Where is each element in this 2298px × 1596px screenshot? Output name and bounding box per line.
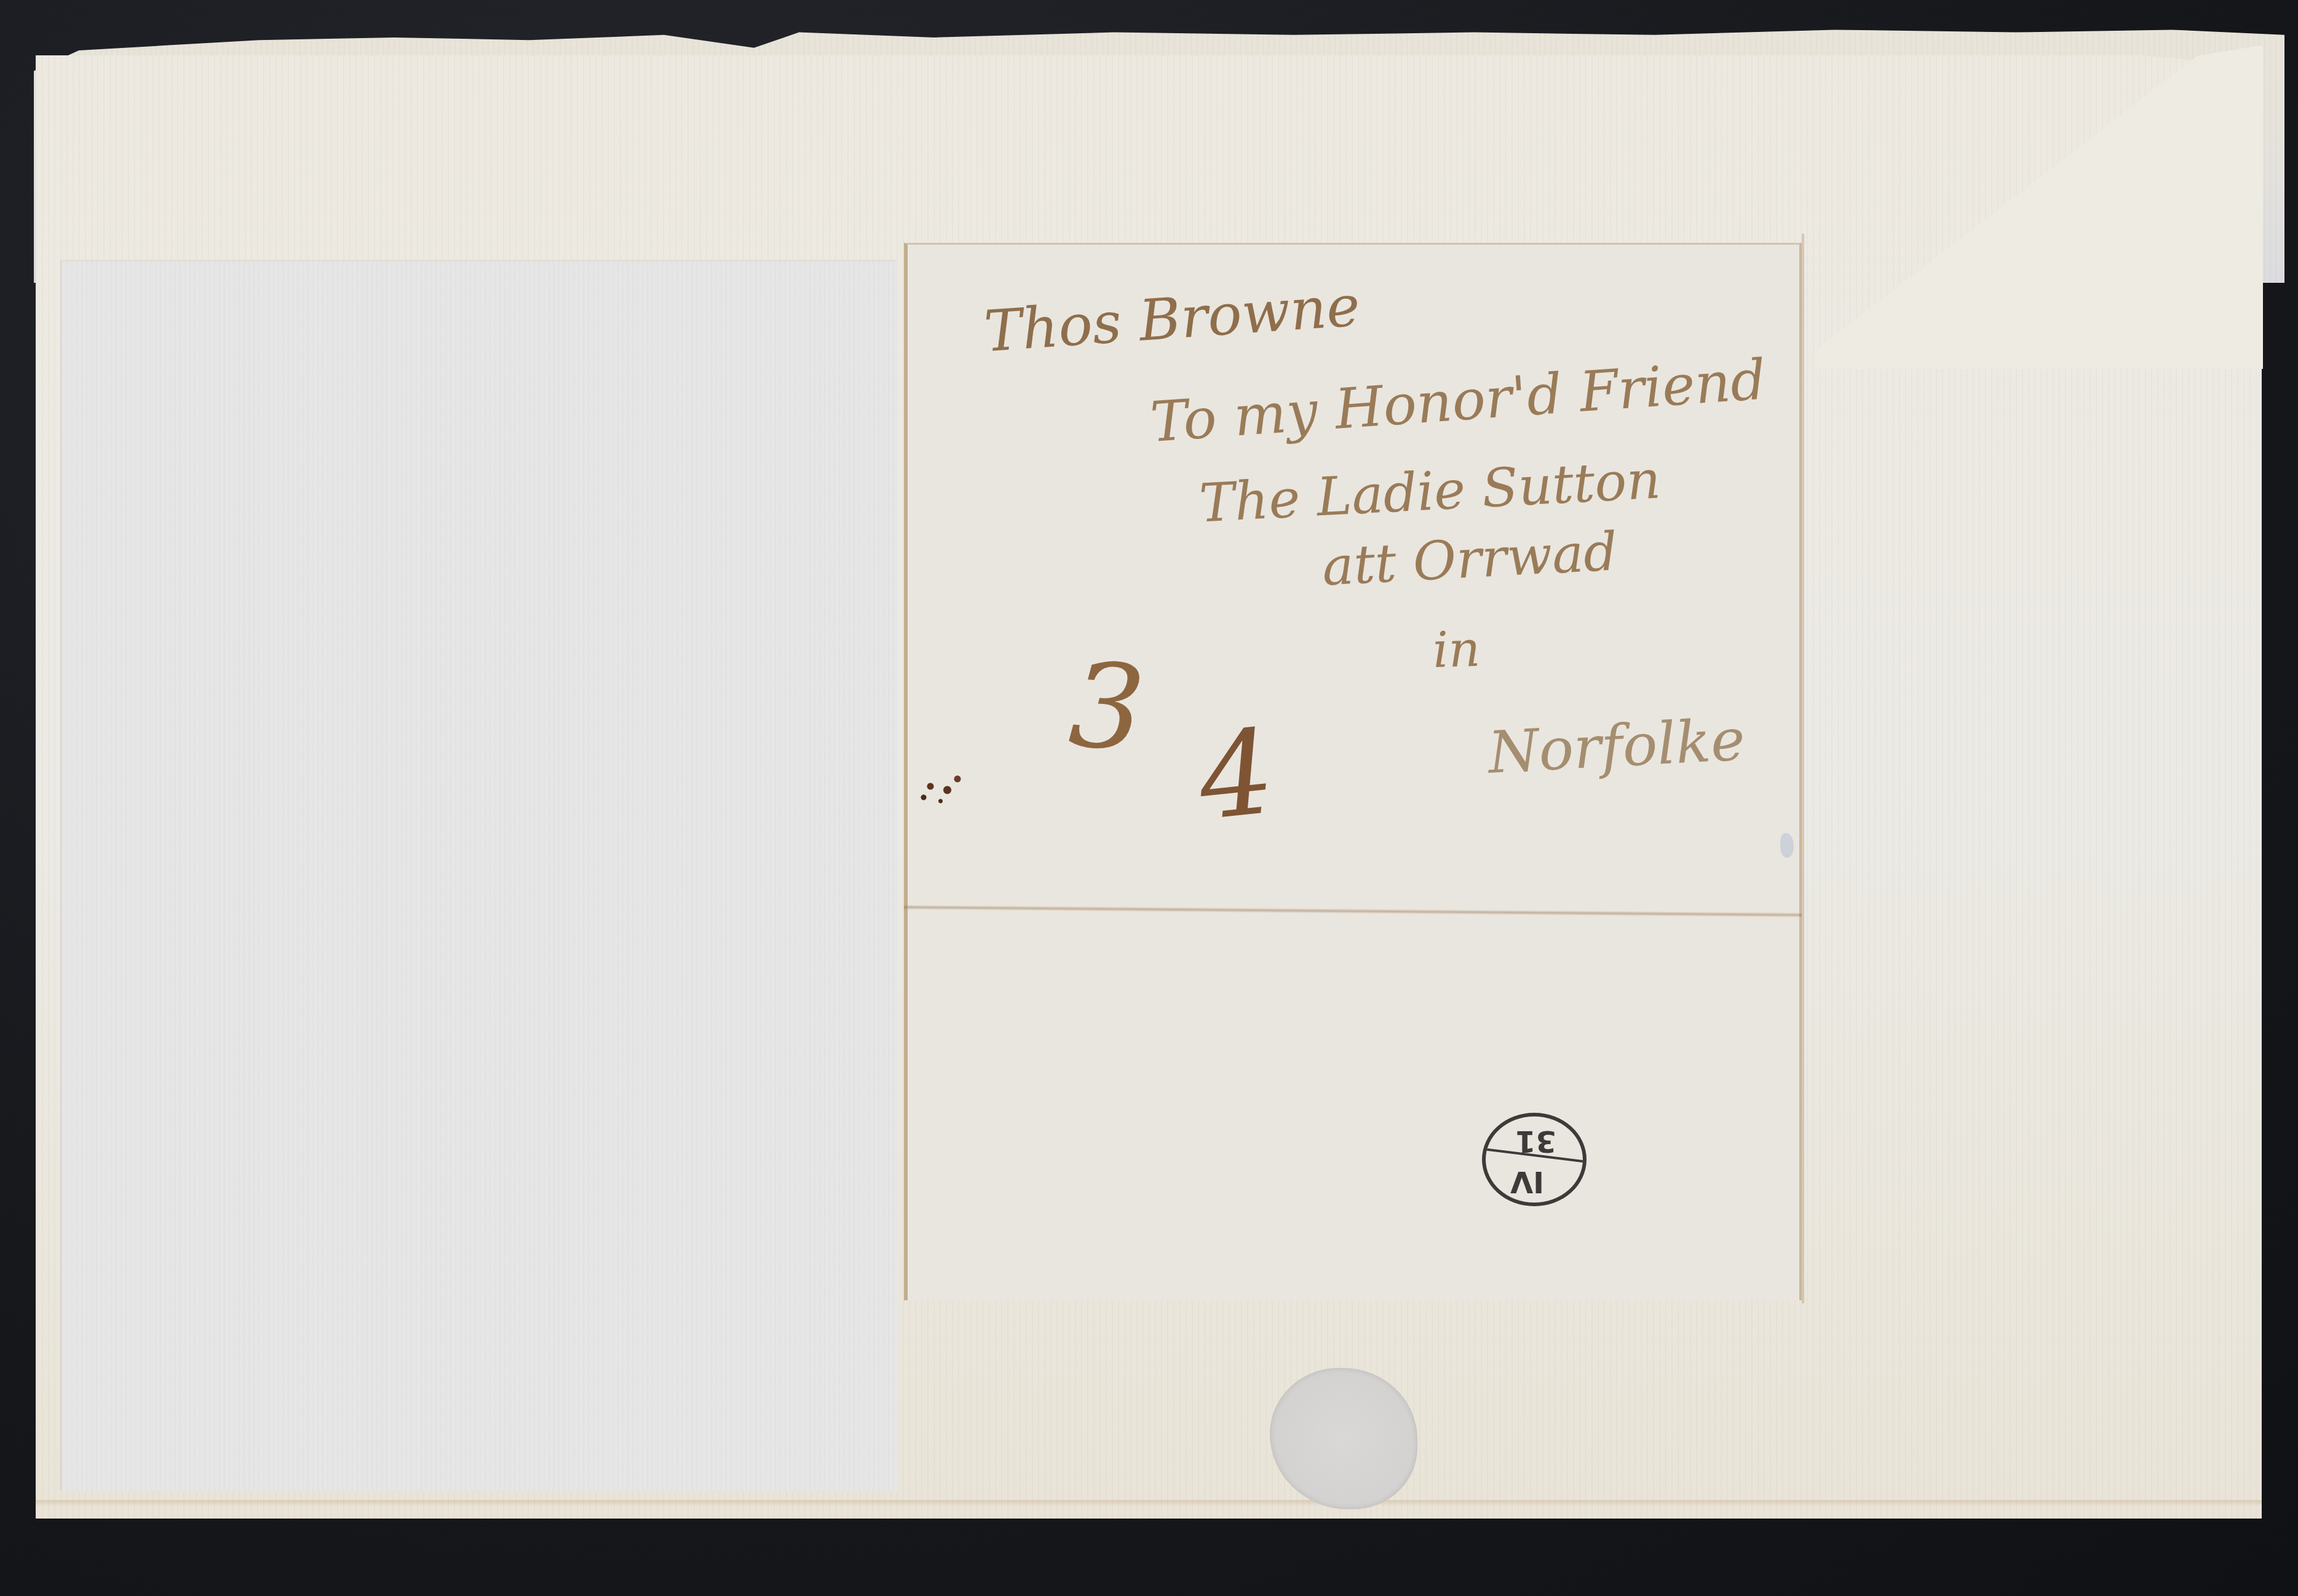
manuscript-mark: 3: [1065, 637, 1149, 778]
bottom-fold-edge: [36, 1500, 2262, 1506]
address-line-4: in: [1432, 620, 1481, 679]
fold-crease-vertical: [1802, 234, 1804, 1303]
postmark-month: IV: [1510, 1164, 1544, 1199]
address-line-5: Norfolke: [1486, 706, 1746, 787]
paper-tear: [1780, 833, 1794, 858]
bishop-postmark-icon: 31 IV: [1482, 1113, 1587, 1206]
ink-splatter: [910, 772, 978, 808]
postage-rate-mark: 4: [1192, 703, 1280, 846]
left-folded-panel: [61, 261, 898, 1491]
